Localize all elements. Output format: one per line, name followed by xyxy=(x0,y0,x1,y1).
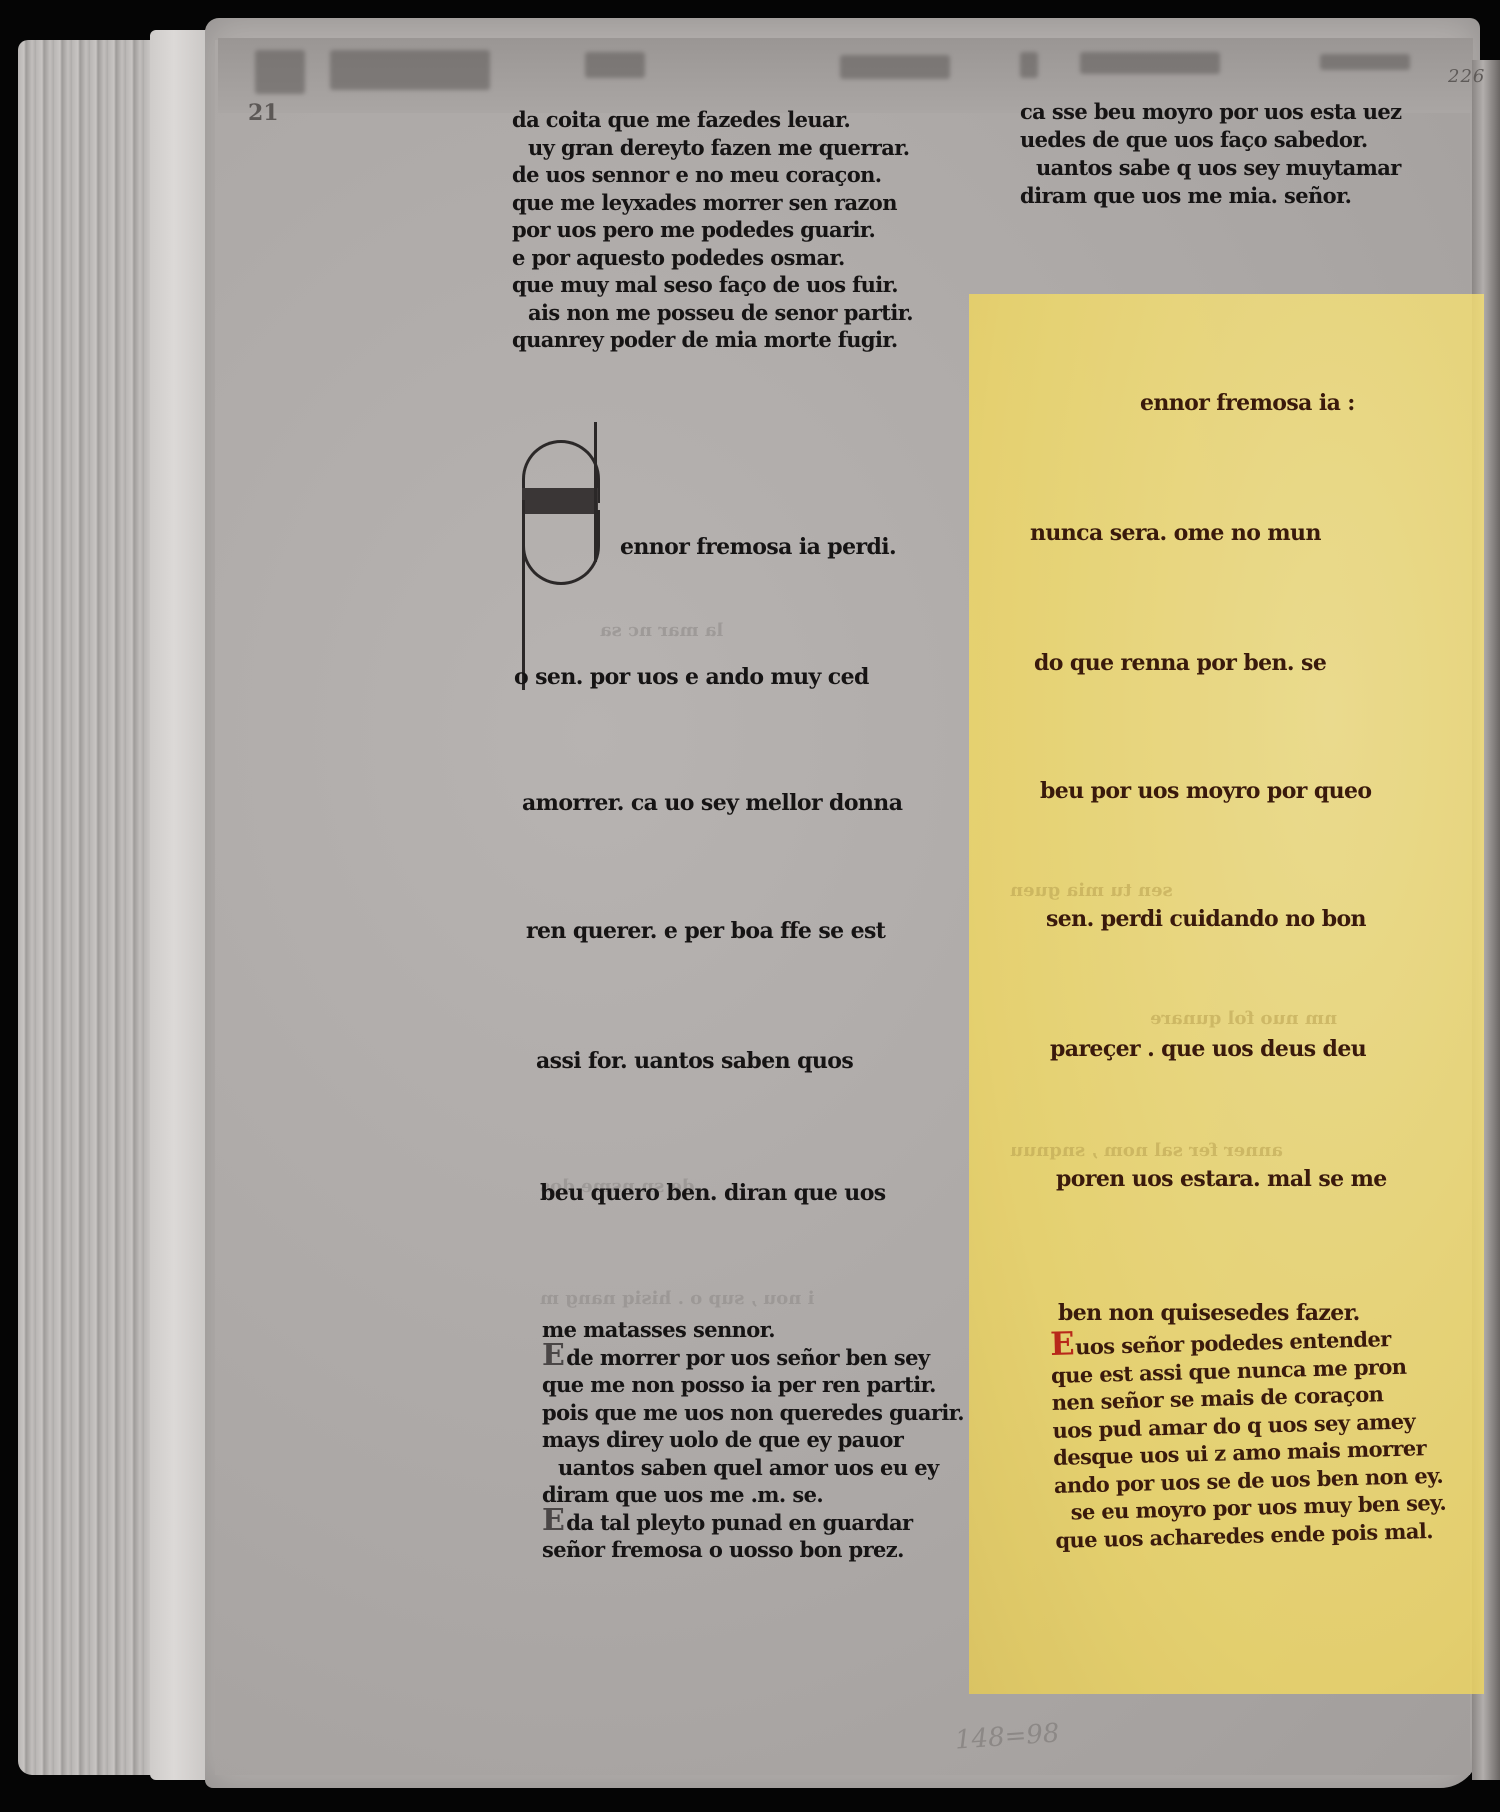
verse-line: señor fremosa o uosso bon prez. xyxy=(542,1536,964,1564)
column-a-bottom-stanza: me matasses sennor. Ede morrer por uos s… xyxy=(542,1316,964,1564)
verse-line: por uos pero me podedes guarir. xyxy=(512,216,913,244)
header-smudge xyxy=(330,50,490,90)
verse-line: da coita que me fazedes leuar. xyxy=(512,106,913,134)
verse-line: quanrey poder de mia morte fugir. xyxy=(512,326,913,354)
red-initial-e-icon: E xyxy=(1050,1333,1074,1354)
header-smudge xyxy=(1320,54,1410,70)
column-a-top-stanza: da coita que me fazedes leuar. uy gran d… xyxy=(512,106,913,354)
show-through-text: la mar nc sa xyxy=(600,620,723,641)
verse-line: que me leyxades morrer sen razon xyxy=(512,189,913,217)
lyric-line: amorrer. ca uo sey mellor donna xyxy=(522,790,902,816)
lyric-line: ren querer. e per boa ffe se est xyxy=(526,918,885,944)
lyric-line: nunca sera. ome no mun xyxy=(1030,520,1321,546)
lyric-line: ben non quisesedes fazer. xyxy=(1058,1300,1360,1326)
header-smudge xyxy=(1020,52,1038,78)
verse-line: pois que me uos non queredes guarir. xyxy=(542,1399,964,1427)
header-smudge xyxy=(1080,52,1220,74)
lyric-line: do que renna por ben. se xyxy=(1034,650,1326,676)
verse-line: ca sse beu moyro por uos esta uez xyxy=(1020,98,1402,126)
verse-line: uantos saben quel amor uos eu ey xyxy=(542,1454,964,1482)
header-smudge xyxy=(255,50,305,94)
header-smudge xyxy=(585,52,645,78)
lyric-line: ennor fremosa ia perdi. xyxy=(620,534,896,560)
flyleaf-edge xyxy=(150,30,210,1780)
show-through-text: nm nuo fol qunare xyxy=(1150,1008,1337,1029)
lyric-line: beu por uos moyro por queo xyxy=(1040,778,1371,804)
verse-line: uedes de que uos faço sabedor. xyxy=(1020,126,1402,154)
verse-line: uantos sabe q uos sey muytamar xyxy=(1020,154,1402,182)
initial-e-icon: E xyxy=(542,1511,564,1531)
lyric-line: poren uos estara. mal se me xyxy=(1056,1166,1387,1192)
lyric-line: assi for. uantos saben quos xyxy=(536,1048,853,1074)
column-b-bottom-stanza: Euos señor podedes entender que est assi… xyxy=(1050,1324,1447,1554)
verse-line: de morrer por uos señor ben sey xyxy=(566,1345,929,1370)
verse-line: diram que uos me .m. se. xyxy=(542,1481,964,1509)
lyric-line: o sen. por uos e ando muy ced xyxy=(514,664,869,690)
lyric-line: beu quero ben. diran que uos xyxy=(540,1180,886,1206)
verse-line: da tal pleyto punad en guardar xyxy=(566,1510,912,1535)
verse-line: que muy mal seso faço de uos fuir. xyxy=(512,271,913,299)
verse-line: de uos sennor e no meu coraçon. xyxy=(512,161,913,189)
verse-line: diram que uos me mia. señor. xyxy=(1020,182,1402,210)
drop-cap-s-icon xyxy=(512,410,608,700)
show-through-text: anner fer sal nom , snqnuu xyxy=(1010,1140,1283,1161)
initial-e-icon: E xyxy=(542,1346,564,1366)
lyric-line: pareçer . que uos deus deu xyxy=(1050,1036,1366,1062)
column-b-top-stanza: ca sse beu moyro por uos esta uez uedes … xyxy=(1020,98,1402,210)
lyric-line: ennor fremosa ia : xyxy=(1140,390,1355,416)
lyric-line: sen. perdi cuidando no bon xyxy=(1046,906,1366,932)
show-through-text: sen tu mia guen xyxy=(1010,880,1173,901)
folio-number: 226 xyxy=(1448,66,1485,87)
verse-line: que me non posso ia per ren partir. xyxy=(542,1371,964,1399)
verse-line: e por aquesto podedes osmar. xyxy=(512,244,913,272)
show-through-text: i nou , sup o . hisiq nang m xyxy=(540,1288,814,1309)
header-smudge xyxy=(840,55,950,79)
manuscript-photo: 21 226 148=98 la mar nc sa de sn nsme do… xyxy=(0,0,1500,1812)
header-mark: 21 xyxy=(248,100,279,126)
verse-line: ais non me posseu de senor partir. xyxy=(512,299,913,327)
verse-line: uy gran dereyto fazen me querrar. xyxy=(512,134,913,162)
verse-line: mays direy uolo de que ey pauor xyxy=(542,1426,964,1454)
verse-line: me matasses sennor. xyxy=(542,1316,964,1344)
